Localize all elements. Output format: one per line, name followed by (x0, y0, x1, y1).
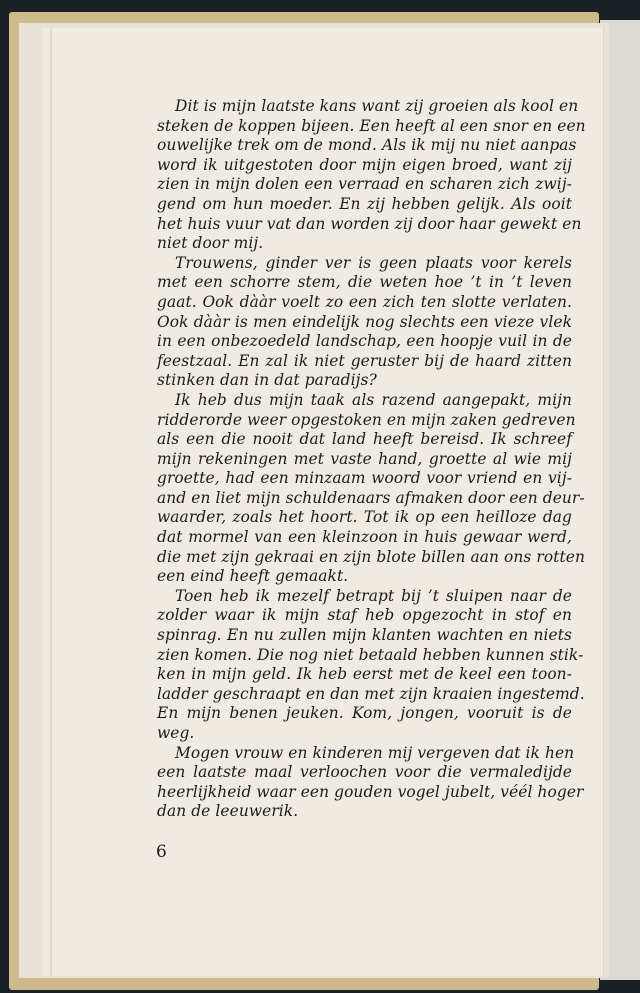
page-gutter (50, 28, 52, 976)
text-line: ladder geschraapt en dan met zijn kraaie… (157, 685, 572, 705)
text-line: zien in mijn dolen een verraad en schare… (157, 175, 572, 195)
text-line: feestzaal. En zal ik niet geruster bij d… (157, 352, 572, 372)
paragraph: Mogen vrouw en kinderen mij vergeven dat… (157, 744, 572, 822)
text-line: een eind heeft gemaakt. (157, 567, 572, 587)
text-line: die met zijn gekraai en zijn blote bille… (157, 548, 572, 568)
text-line: niet door mij. (157, 234, 572, 254)
text-line: een laatste maal verloochen voor die ver… (157, 763, 572, 783)
page-text: Dit is mijn laatste kans want zij groeie… (157, 97, 572, 822)
paragraph: Toen heb ik mezelf betrapt bij ’t sluipe… (157, 587, 572, 744)
text-line: Mogen vrouw en kinderen mij vergeven dat… (157, 744, 572, 764)
text-line: als een die nooit dat land heeft bereisd… (157, 430, 572, 450)
text-line: weg. (157, 724, 572, 744)
text-line: and en liet mijn schuldenaars afmaken do… (157, 489, 572, 509)
page-number: 6 (156, 842, 167, 862)
text-line: Ik heb dus mijn taak als razend aangepak… (157, 391, 572, 411)
paragraph: Ik heb dus mijn taak als razend aangepak… (157, 391, 572, 587)
text-line: gend om hun moeder. En zij hebben gelijk… (157, 195, 572, 215)
text-line: Toen heb ik mezelf betrapt bij ’t sluipe… (157, 587, 572, 607)
text-line: steken de koppen bijeen. Een heeft al ee… (157, 117, 572, 137)
text-line: gaat. Ook dààr voelt zo een zich ten slo… (157, 293, 572, 313)
text-line: dat mormel van een kleinzoon in huis gew… (157, 528, 572, 548)
text-line: groette, had een minzaam woord voor vrie… (157, 469, 572, 489)
text-line: Dit is mijn laatste kans want zij groeie… (157, 97, 572, 117)
text-line: dan de leeuwerik. (157, 802, 572, 822)
text-line: spinrag. En nu zullen mijn klanten wacht… (157, 626, 572, 646)
paragraph: Trouwens, ginder ver is geen plaats voor… (157, 254, 572, 391)
text-line: Trouwens, ginder ver is geen plaats voor… (157, 254, 572, 274)
text-line: ken in mijn geld. Ik heb eerst met de ke… (157, 665, 572, 685)
text-line: waarder, zoals het hoort. Tot ik op een … (157, 508, 572, 528)
text-line: in een onbezoedeld landschap, een hoopje… (157, 332, 572, 352)
text-line: stinken dan in dat paradijs? (157, 371, 572, 391)
text-line: zolder waar ik mijn staf heb opgezocht i… (157, 606, 572, 626)
text-line: En mijn benen jeuken. Kom, jongen, vooru… (157, 704, 572, 724)
text-line: Ook dààr is men eindelijk nog slechts ee… (157, 313, 572, 333)
text-line: het huis vuur vat dan worden zij door ha… (157, 215, 572, 235)
text-line: ridderorde weer opgestoken en mijn zaken… (157, 411, 572, 431)
text-line: zien komen. Die nog niet betaald hebben … (157, 646, 572, 666)
text-line: mijn rekeningen met vaste hand, groette … (157, 450, 572, 470)
text-line: met een schorre stem, die weten hoe ’t i… (157, 273, 572, 293)
text-line: word ik uitgestoten door mijn eigen broe… (157, 156, 572, 176)
text-line: ouwelijke trek om de mond. Als ik mij nu… (157, 136, 572, 156)
paragraph: Dit is mijn laatste kans want zij groeie… (157, 97, 572, 254)
text-line: heerlijkheid waar een gouden vogel jubel… (157, 783, 572, 803)
